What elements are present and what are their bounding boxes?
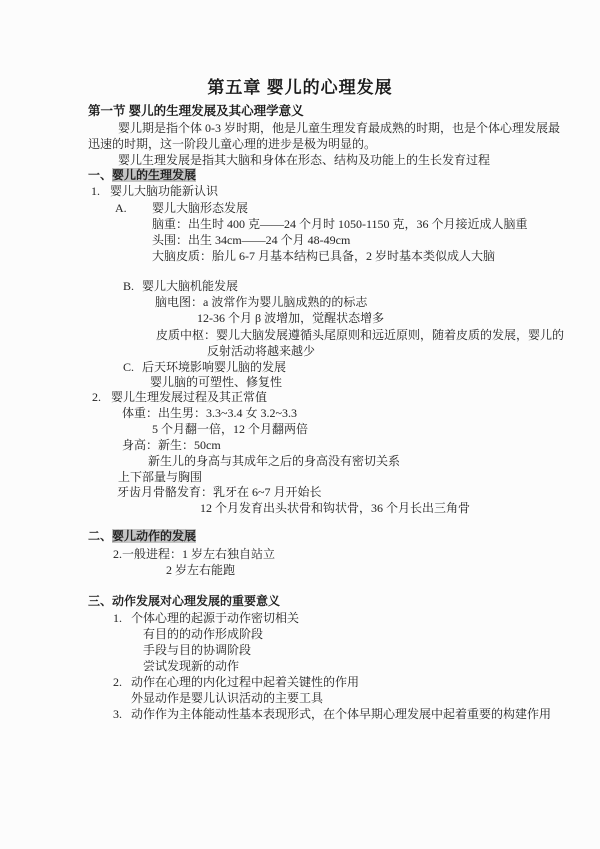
list-item: B.婴儿大脑机能发展 (123, 279, 238, 294)
detail-line: 尝试发现新的动作 (143, 659, 239, 674)
list-item: 2.动作在心理的内化过程中起着关键性的作用 (113, 675, 359, 690)
list-item: 1.个体心理的起源于动作密切相关 (113, 611, 299, 626)
detail-line: 5 个月翻一倍，12 个月翻两倍 (152, 422, 308, 437)
paragraph-line: 婴儿期是指个体 0-3 岁时期，他是儿童生理发育最成熟的时期，也是个体心理发展最 (118, 121, 560, 136)
detail-line: 反射活动将越来越少 (207, 344, 315, 359)
list-item: 3.动作作为主体能动性基本表现形式，在个体早期心理发展中起着重要的构建作用 (113, 707, 551, 722)
list-item-text: 动作作为主体能动性基本表现形式，在个体早期心理发展中起着重要的构建作用 (131, 707, 551, 721)
list-item-text: 后天环境影响婴儿脑的发展 (142, 360, 286, 374)
part2-heading-text: 婴儿动作的发展 (112, 529, 196, 543)
part1-heading-prefix: 一、 (88, 168, 112, 182)
list-item-text: 婴儿生理发展过程及其正常值 (111, 390, 267, 404)
list-item: C.后天环境影响婴儿脑的发展 (123, 360, 286, 375)
detail-line: 2.一般进程：1 岁左右独自站立 (113, 547, 275, 562)
detail-line: 大脑皮质：胎儿 6-7 月基本结构已具备，2 岁时基本类似成人大脑 (152, 249, 495, 264)
list-marker: 2. (92, 390, 111, 405)
detail-line: 外显动作是婴儿认识活动的主要工具 (131, 691, 323, 706)
section-heading: 第一节 婴儿的生理发展及其心理学意义 (88, 104, 304, 119)
list-item: 2.婴儿生理发展过程及其正常值 (92, 390, 267, 405)
list-item-text: 婴儿大脑形态发展 (152, 201, 248, 215)
part2-heading-prefix: 二、 (88, 529, 112, 543)
list-item-text: 婴儿大脑功能新认识 (110, 184, 218, 198)
list-marker: A. (115, 201, 152, 216)
detail-line: 体重：出生男：3.3~3.4 女 3.2~3.3 (122, 406, 297, 421)
list-item: A.婴儿大脑形态发展 (115, 201, 248, 216)
detail-line: 12-36 个月 β 波增加，觉醒状态增多 (197, 311, 384, 326)
list-item-text: 婴儿大脑机能发展 (142, 279, 238, 293)
paragraph-line: 婴儿生理发展是指其大脑和身体在形态、结构及功能上的生长发育过程 (118, 153, 490, 168)
list-marker: 3. (113, 707, 131, 722)
part3-heading-text: 动作发展对心理发展的重要意义 (112, 594, 280, 608)
list-marker: C. (123, 360, 142, 375)
detail-line: 脑重：出生时 400 克——24 个月时 1050-1150 克，36 个月接近… (152, 217, 528, 232)
detail-line: 有目的的动作形成阶段 (143, 627, 263, 642)
detail-line: 12 个月发育出头状骨和钩状骨，36 个月长出三角骨 (200, 501, 470, 516)
detail-line: 头围：出生 34cm——24 个月 48-49cm (152, 233, 350, 248)
detail-line: 2 岁左右能跑 (166, 563, 235, 578)
detail-line: 手段与目的协调阶段 (143, 643, 251, 658)
part1-heading: 一、婴儿的生理发展 (88, 168, 196, 183)
part3-heading-prefix: 三、 (88, 594, 112, 608)
list-item: 1.婴儿大脑功能新认识 (91, 184, 218, 199)
part3-heading: 三、动作发展对心理发展的重要意义 (88, 594, 280, 609)
detail-line: 婴儿脑的可塑性、修复性 (150, 375, 282, 390)
detail-line: 牙齿月骨骼发育：乳牙在 6~7 月开始长 (117, 485, 322, 500)
part2-heading: 二、婴儿动作的发展 (88, 529, 196, 544)
detail-line: 脑电图：a 波常作为婴儿脑成熟的的标志 (155, 295, 367, 310)
list-item-text: 动作在心理的内化过程中起着关键性的作用 (131, 675, 359, 689)
list-item-text: 个体心理的起源于动作密切相关 (131, 611, 299, 625)
list-marker: 2. (113, 675, 131, 690)
paragraph-line: 迅速的时期，这一阶段儿童心理的进步是极为明显的。 (88, 137, 376, 152)
document-page: 第五章 婴儿的心理发展 第一节 婴儿的生理发展及其心理学意义 婴儿期是指个体 0… (0, 0, 600, 849)
list-marker: 1. (113, 611, 131, 626)
list-marker: 1. (91, 184, 110, 199)
part1-heading-text: 婴儿的生理发展 (112, 168, 196, 182)
detail-line: 皮质中枢：婴儿大脑发展遵循头尾原则和远近原则，随着皮质的发展，婴儿的 (156, 328, 564, 343)
detail-line: 新生儿的身高与其成年之后的身高没有密切关系 (148, 454, 400, 469)
chapter-title: 第五章 婴儿的心理发展 (0, 73, 600, 98)
detail-line: 上下部量与胸围 (118, 470, 202, 485)
detail-line: 身高：新生：50cm (122, 438, 221, 453)
list-marker: B. (123, 279, 142, 294)
